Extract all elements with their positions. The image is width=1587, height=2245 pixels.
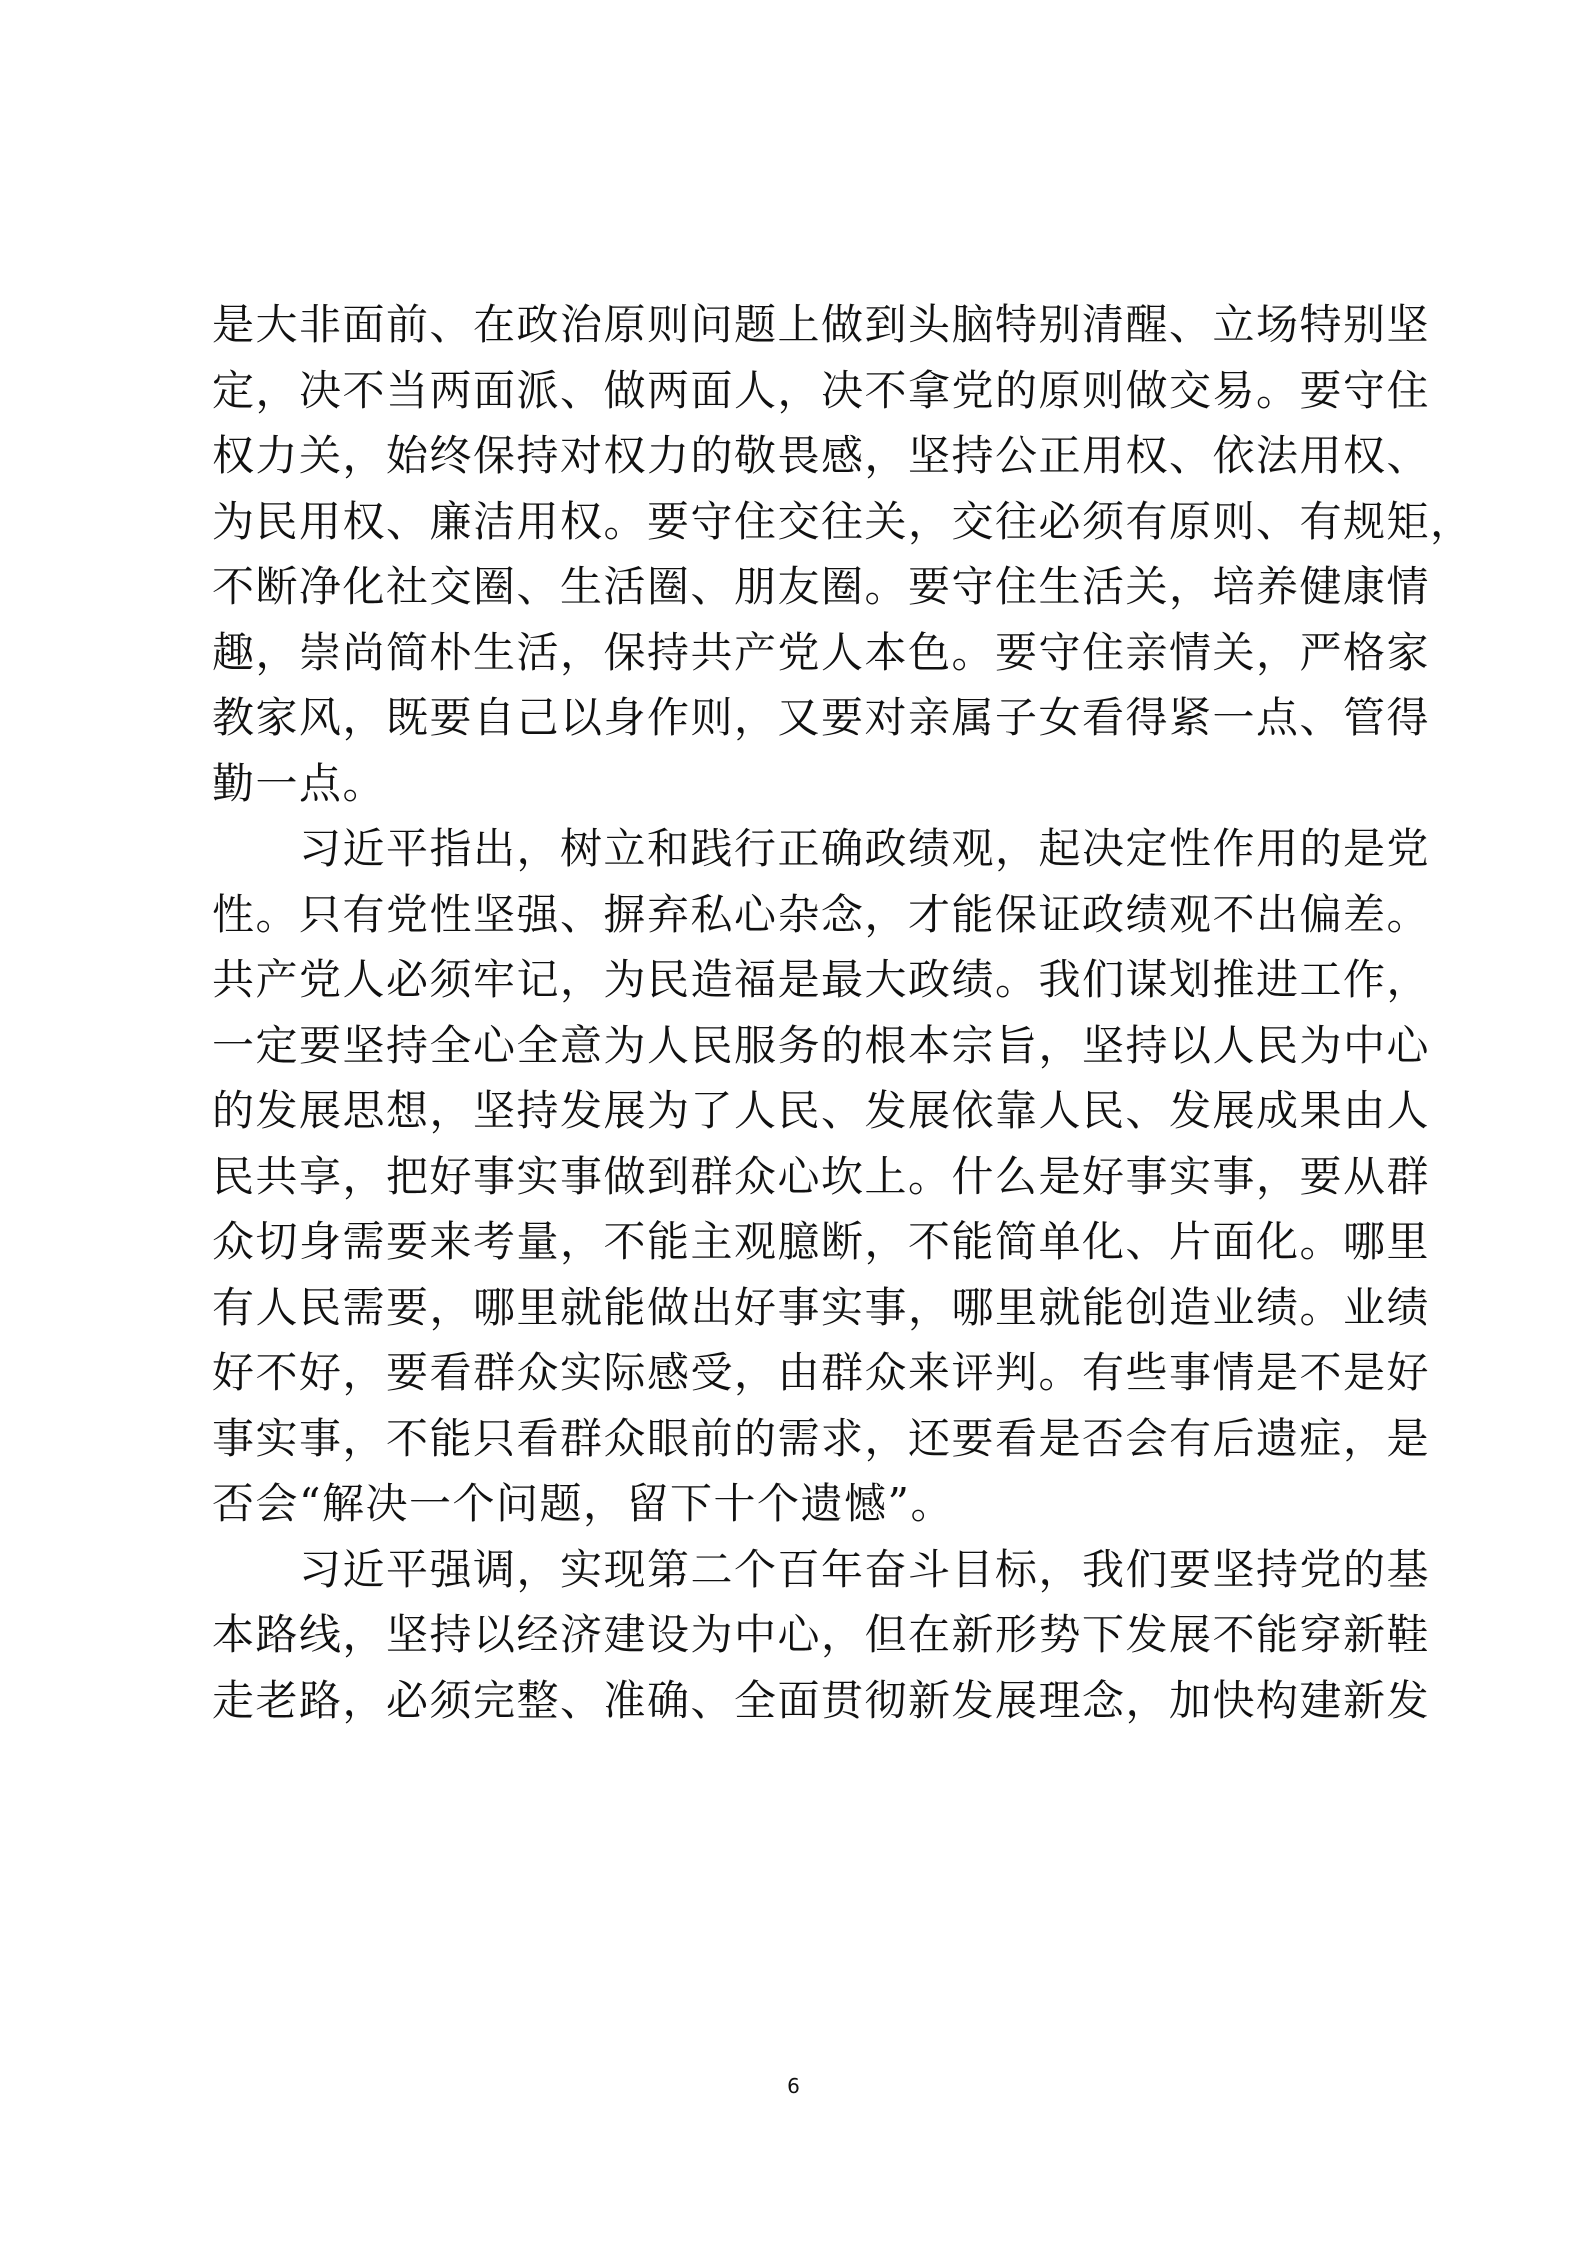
text-line-paragraph-start: 习近平指出，树立和践行正确政绩观，起决定性作用的是党 bbox=[212, 816, 1392, 882]
text-line: 定，决不当两面派、做两面人，决不拿党的原则做交易。要守住 bbox=[212, 358, 1392, 424]
text-line: 是大非面前、在政治原则问题上做到头脑特别清醒、立场特别坚 bbox=[212, 292, 1392, 358]
text-line: 教家风，既要自己以身作则，又要对亲属子女看得紧一点、管得 bbox=[212, 685, 1392, 751]
text-line: 共产党人必须牢记，为民造福是最大政绩。我们谋划推进工作， bbox=[212, 947, 1392, 1013]
text-line: 走老路，必须完整、准确、全面贯彻新发展理念，加快构建新发 bbox=[212, 1668, 1392, 1734]
text-line: 好不好，要看群众实际感受，由群众来评判。有些事情是不是好 bbox=[212, 1340, 1392, 1406]
text-line: 趣，崇尚简朴生活，保持共产党人本色。要守住亲情关，严格家 bbox=[212, 620, 1392, 686]
text-line: 的发展思想，坚持发展为了人民、发展依靠人民、发展成果由人 bbox=[212, 1078, 1392, 1144]
text-line: 事实事，不能只看群众眼前的需求，还要看是否会有后遗症，是 bbox=[212, 1406, 1392, 1472]
text-line: 众切身需要来考量，不能主观臆断，不能简单化、片面化。哪里 bbox=[212, 1209, 1392, 1275]
text-line: 有人民需要，哪里就能做出好事实事，哪里就能创造业绩。业绩 bbox=[212, 1275, 1392, 1341]
document-page: 是大非面前、在政治原则问题上做到头脑特别清醒、立场特别坚 定，决不当两面派、做两… bbox=[0, 0, 1587, 2245]
text-line: 为民用权、廉洁用权。要守住交往关，交往必须有原则、有规矩， bbox=[212, 489, 1392, 555]
text-line: 性。只有党性坚强、摒弃私心杂念，才能保证政绩观不出偏差。 bbox=[212, 882, 1392, 948]
text-line: 权力关，始终保持对权力的敬畏感，坚持公正用权、依法用权、 bbox=[212, 423, 1392, 489]
text-line-paragraph-start: 习近平强调，实现第二个百年奋斗目标，我们要坚持党的基 bbox=[212, 1537, 1392, 1603]
text-line: 民共享，把好事实事做到群众心坎上。什么是好事实事，要从群 bbox=[212, 1144, 1392, 1210]
text-line: 本路线，坚持以经济建设为中心，但在新形势下发展不能穿新鞋 bbox=[212, 1602, 1392, 1668]
body-text: 是大非面前、在政治原则问题上做到头脑特别清醒、立场特别坚 定，决不当两面派、做两… bbox=[212, 292, 1392, 1733]
text-line: 一定要坚持全心全意为人民服务的根本宗旨，坚持以人民为中心 bbox=[212, 1013, 1392, 1079]
text-line-paragraph-end: 否会“解决一个问题，留下十个遗憾”。 bbox=[212, 1471, 1392, 1537]
text-line-paragraph-end: 勤一点。 bbox=[212, 751, 1392, 817]
text-line: 不断净化社交圈、生活圈、朋友圈。要守住生活关，培养健康情 bbox=[212, 554, 1392, 620]
page-number: 6 bbox=[0, 2074, 1587, 2098]
